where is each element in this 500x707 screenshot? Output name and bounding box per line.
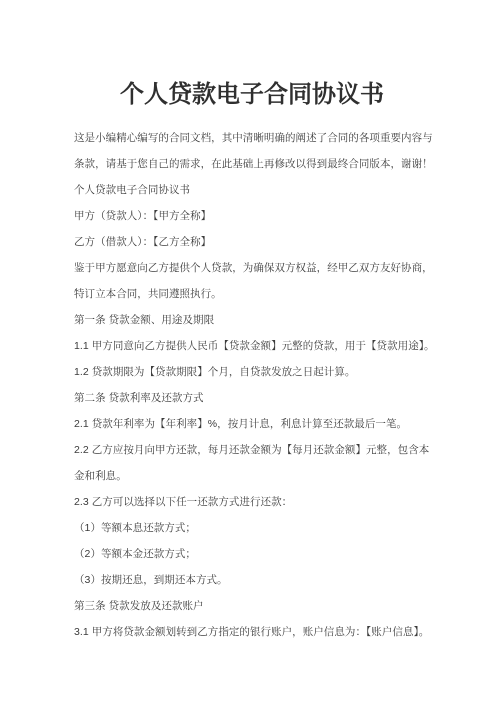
- document-line: 甲方（贷款人）：【甲方全称】: [74, 203, 430, 229]
- document-line: 鉴于甲方愿意向乙方提供个人贷款，为确保双方权益，经甲乙双方友好协商，: [74, 255, 430, 281]
- document-body: 这是小编精心编写的合同文档，其中清晰明确的阐述了合同的各项重要内容与条款，请基于…: [74, 125, 430, 645]
- document-line: 1.2 贷款期限为【贷款期限】个月，自贷款发放之日起计算。: [74, 359, 430, 385]
- document-line: 个人贷款电子合同协议书: [74, 177, 430, 203]
- document-line: 2.3 乙方可以选择以下任一还款方式进行还款：: [74, 489, 430, 515]
- document-line: 1.1 甲方同意向乙方提供人民币【贷款金额】元整的贷款，用于【贷款用途】。: [74, 333, 430, 359]
- document-line: 特订立本合同，共同遵照执行。: [74, 281, 430, 307]
- document-line: 3.1 甲方将贷款金额划转到乙方指定的银行账户，账户信息为：【账户信息】。: [74, 619, 430, 645]
- document-title: 个人贷款电子合同协议书: [74, 80, 430, 110]
- document-line: 乙方（借款人）：【乙方全称】: [74, 229, 430, 255]
- document-line: 条款，请基于您自己的需求，在此基础上再修改以得到最终合同版本，谢谢！: [74, 151, 430, 177]
- document-line: 金和利息。: [74, 463, 430, 489]
- document-line: 第三条 贷款发放及还款账户: [74, 593, 430, 619]
- document-line: （1）等额本息还款方式；: [74, 515, 430, 541]
- document-line: 2.1 贷款年利率为【年利率】%，按月计息，利息计算至还款最后一笔。: [74, 411, 430, 437]
- document-line: 2.2 乙方应按月向甲方还款，每月还款金额为【每月还款金额】元整，包含本: [74, 437, 430, 463]
- document-line: 这是小编精心编写的合同文档，其中清晰明确的阐述了合同的各项重要内容与: [74, 125, 430, 151]
- document-line: 第一条 贷款金额、用途及期限: [74, 307, 430, 333]
- document-line: （2）等额本金还款方式；: [74, 541, 430, 567]
- document-line: 第二条 贷款利率及还款方式: [74, 385, 430, 411]
- document-line: （3）按期还息，到期还本方式。: [74, 567, 430, 593]
- document-page: 个人贷款电子合同协议书 这是小编精心编写的合同文档，其中清晰明确的阐述了合同的各…: [0, 0, 500, 707]
